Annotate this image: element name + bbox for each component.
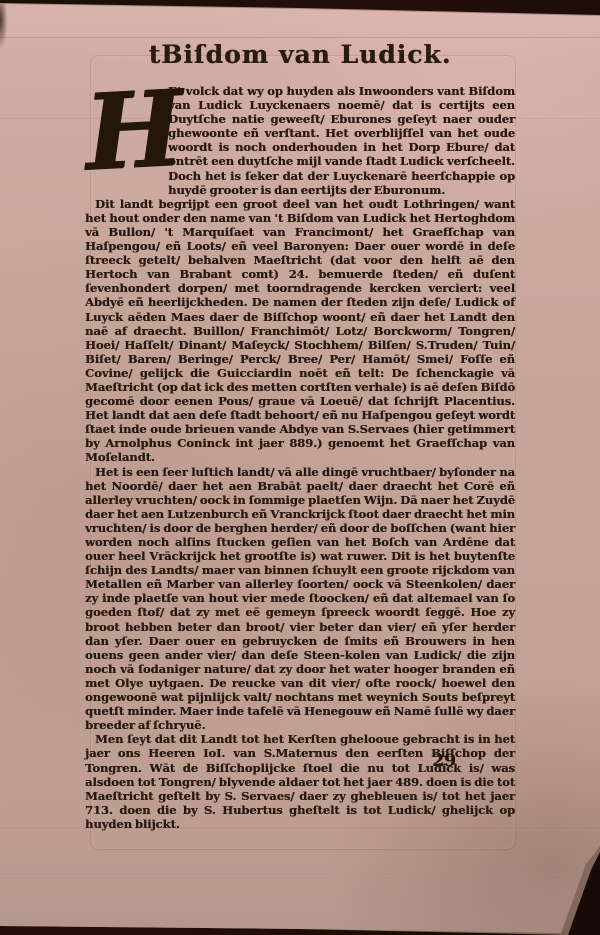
ink-smudge (0, 0, 8, 52)
text-block: HEt volck dat wy op huyden als Inwoonder… (85, 84, 515, 831)
paragraph-text: Et volck dat wy op huyden als Inwoonders… (168, 84, 515, 197)
paper-crease (0, 878, 600, 880)
paragraph: HEt volck dat wy op huyden als Inwoonder… (85, 84, 515, 197)
drop-cap-initial: H (83, 85, 164, 185)
paragraph: Dit landt begrijpt een groot deel van he… (85, 197, 515, 465)
photo-background: tBiſdom van Ludick. HEt volck dat wy op … (0, 0, 600, 935)
paragraph: Men ſeyt dat dit Landt tot het Kerſten g… (85, 732, 515, 831)
page-number: 29 (424, 751, 464, 771)
book-page: tBiſdom van Ludick. HEt volck dat wy op … (0, 0, 600, 935)
page-title: tBiſdom van Ludick. (85, 40, 515, 69)
paper-crease (0, 37, 600, 39)
paragraph: Het is een ſeer luſtich landt/ vā alle d… (85, 465, 515, 733)
